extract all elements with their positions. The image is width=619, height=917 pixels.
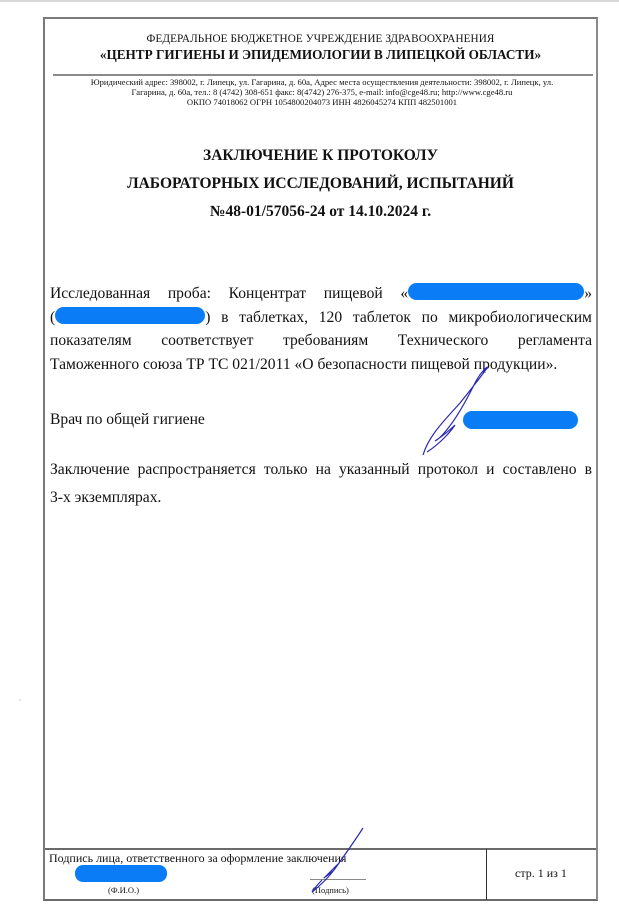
conclusion-paragraph: Исследованная проба: Концентрат пищевой … [50, 282, 592, 376]
word: Концентрат [229, 282, 307, 306]
redaction-block [55, 307, 205, 324]
word: таблеток [353, 306, 411, 330]
responsible-signature-label: Подпись лица, ответственного за оформлен… [49, 851, 346, 866]
signatory-role: Врач по общей гигиене [50, 411, 205, 429]
word: в [221, 306, 228, 330]
scan-speck [19, 699, 21, 701]
org-name-line2: «ЦЕНТР ГИГИЕНЫ И ЭПИДЕМИОЛОГИИ В ЛИПЕЦКО… [45, 47, 596, 63]
word: таблетках, [239, 306, 308, 330]
redaction-block [408, 283, 584, 300]
note-line1: Заключение распространяется только на ук… [50, 456, 592, 484]
product-name-redacted: «» [400, 282, 592, 306]
conclusion-line4: Таможенного союза ТР ТС 021/2011 «О безо… [50, 353, 592, 377]
paren-close: ) [205, 309, 210, 326]
word: показателям [50, 329, 132, 353]
product-brand-redacted: () [50, 306, 210, 330]
header-divider [53, 74, 593, 76]
word: соответствует [161, 329, 253, 353]
word: микробиологическим [448, 306, 591, 330]
word: требованиям [283, 329, 368, 353]
doc-title-number: №48-01/57056-24 от 14.10.2024 г. [45, 203, 596, 221]
page-number: стр. 1 из 1 [486, 866, 596, 881]
conclusion-line1: Исследованная проба: Концентрат пищевой … [50, 282, 592, 306]
top-edge [0, 0, 619, 2]
word: 120 [319, 306, 342, 330]
conclusion-line3: показателям соответствует требованиям Те… [50, 329, 592, 353]
word: пищевой [324, 282, 383, 306]
doctor-signature-icon [415, 365, 495, 460]
address-line3: ОКПО 74018062 ОГРН 1054800204073 ИНН 482… [55, 97, 589, 107]
word: Технического [398, 329, 489, 353]
responsible-name-redacted [75, 865, 167, 882]
doc-title-line2: ЛАБОРАТОРНЫХ ИССЛЕДОВАНИЙ, ИСПЫТАНИЙ [45, 175, 596, 193]
quote-open: « [400, 285, 408, 302]
doc-title-line1: ЗАКЛЮЧЕНИЕ К ПРОТОКОЛУ [45, 147, 596, 165]
word: Исследованная [50, 282, 150, 306]
note-line2: 3-х экземплярах. [50, 484, 592, 512]
org-address: Юридический адрес: 398002, г. Липецк, ул… [55, 77, 589, 107]
word: проба: [168, 282, 211, 306]
responsible-signature-icon [308, 826, 368, 896]
fio-caption: (Ф.И.О.) [108, 885, 139, 895]
address-line1: Юридический адрес: 398002, г. Липецк, ул… [55, 77, 589, 87]
note-paragraph: Заключение распространяется только на ук… [50, 456, 592, 512]
conclusion-line2: () в таблетках, 120 таблеток по микробио… [50, 306, 592, 330]
word: по [422, 306, 438, 330]
word: регламента [518, 329, 592, 353]
quote-close: » [584, 285, 592, 302]
org-name-line1: ФЕДЕРАЛЬНОЕ БЮДЖЕТНОЕ УЧРЕЖДЕНИЕ ЗДРАВОО… [45, 33, 596, 45]
address-line2: Гагарина, д. 60а, тел.: 8 (4742) 308-651… [55, 87, 589, 97]
